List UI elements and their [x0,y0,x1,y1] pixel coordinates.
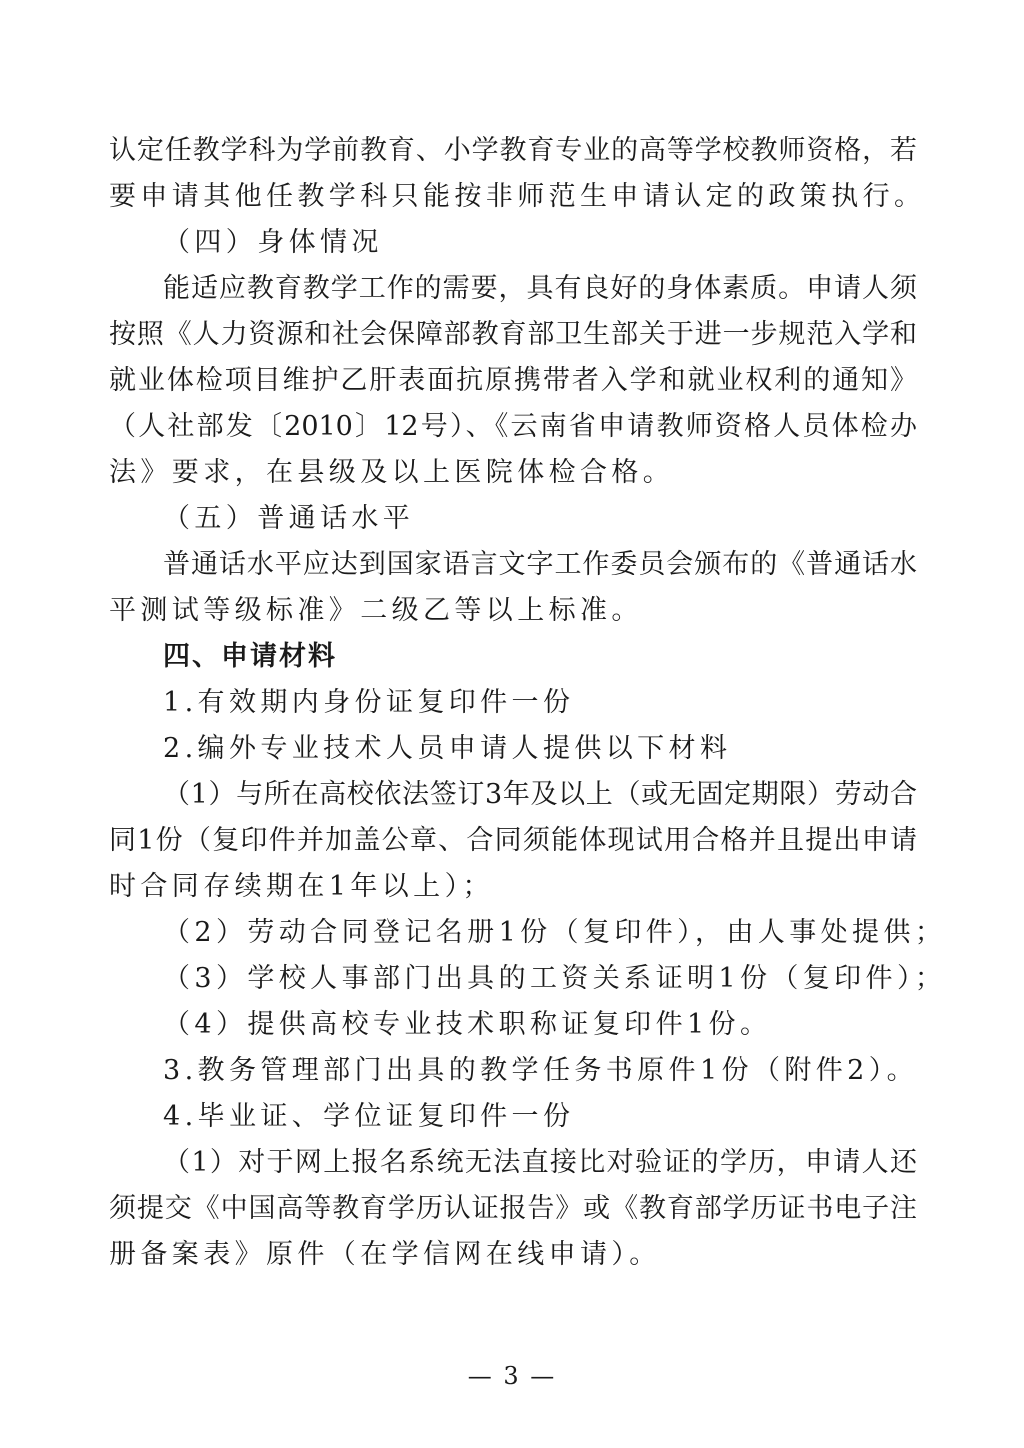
text-line: 认定任教学科为学前教育、小学教育专业的高等学校教师资格，若 [109,128,917,174]
document-page: 认定任教学科为学前教育、小学教育专业的高等学校教师资格，若要申请其他任教学科只能… [0,0,1024,1448]
text-line: 要申请其他任教学科只能按非师范生申请认定的政策执行。 [109,174,925,220]
text-line: 时合同存续期在1年以上）； [109,864,494,910]
text-line: 须提交《中国高等教育学历认证报告》或《教育部学历证书电子注 [109,1186,917,1232]
text-line: （四）身体情况 [163,220,383,266]
text-line: 就业体检项目维护乙肝表面抗原携带者入学和就业权利的通知》 [109,358,917,404]
text-line: （人社部发〔2010〕12号）、《云南省申请教师资格人员体检办 [109,404,917,450]
text-line: 能适应教育教学工作的需要，具有良好的身体素质。申请人须 [163,266,917,312]
text-line: 2.编外专业技术人员申请人提供以下材料 [163,726,731,772]
text-line: 法》要求，在县级及以上医院体检合格。 [109,450,674,496]
text-line: （3）学校人事部门出具的工资关系证明1份（复印件）； [163,956,946,1002]
text-line: （1）对于网上报名系统无法直接比对验证的学历，申请人还 [163,1140,917,1186]
text-line: 3.教务管理部门出具的教学任务书原件1份（附件2）。 [163,1048,918,1094]
text-line: （1）与所在高校依法签订3年及以上（或无固定期限）劳动合 [163,772,917,818]
text-line: 1.有效期内身份证复印件一份 [163,680,574,726]
text-line: 同1份（复印件并加盖公章、合同须能体现试用合格并且提出申请 [109,818,917,864]
text-line: （4）提供高校专业技术职称证复印件1份。 [163,1002,771,1048]
text-line: 按照《人力资源和社会保障部教育部卫生部关于进一步规范入学和 [109,312,917,358]
text-line: （五）普通话水平 [163,496,414,542]
text-line: （2）劳动合同登记名册1份（复印件），由人事处提供； [163,910,946,956]
text-line: 4.毕业证、学位证复印件一份 [163,1094,574,1140]
text-line: 册备案表》原件（在学信网在线申请）。 [109,1232,661,1278]
text-line: 普通话水平应达到国家语言文字工作委员会颁布的《普通话水 [163,542,917,588]
section-heading: 四、申请材料 [163,634,337,680]
text-line: 平测试等级标准》二级乙等以上标准。 [109,588,643,634]
page-number: — 3 — [0,1362,1024,1390]
